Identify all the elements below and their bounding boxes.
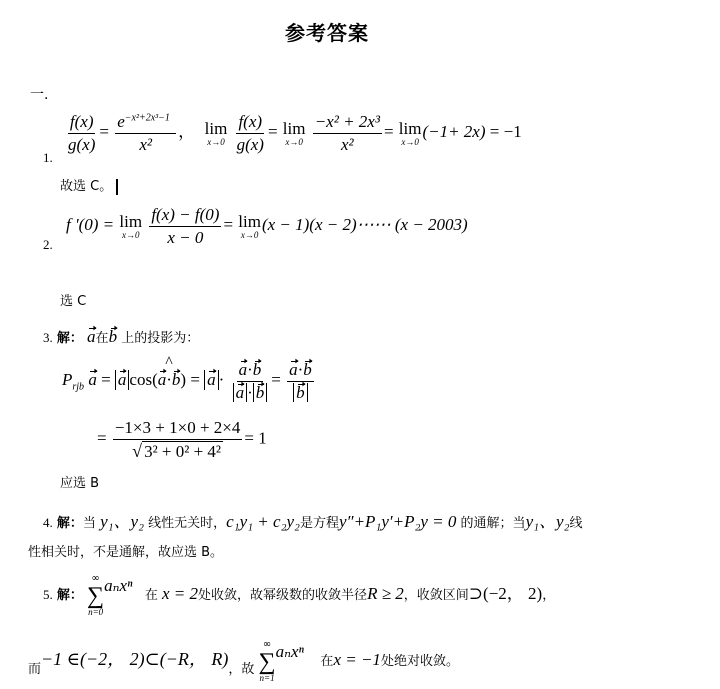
q3-intro: 3. 解： a在b 上的投影为：	[43, 327, 199, 347]
section-label: 一.	[30, 84, 48, 104]
q2-lim-1: limx→0	[119, 213, 142, 240]
q2-frac: f(x) − f(0) x − 0	[149, 205, 221, 247]
q3-frac-3: −1×3 + 1×0 + 2×4 √3² + 0² + 4²	[113, 418, 243, 461]
proj-sub: rjb	[72, 381, 84, 392]
q5-interval: ⊃(−2， 2)	[469, 584, 542, 603]
q1-answer: 故选 C。	[60, 175, 118, 195]
q4-line2: 性相关时，不是通解，故应选 B。	[28, 541, 223, 560]
q2-formula: f '(0) = limx→0 f(x) − f(0) x − 0 = limx…	[66, 205, 468, 247]
q5-cond2: x = −1	[333, 650, 381, 669]
q1-exp-power: −x²+2x³−1	[125, 112, 170, 123]
q5-series-2: ∞∑n=1	[258, 640, 275, 683]
q1-exp-base: e	[117, 112, 125, 131]
q1-exp-den: x²	[137, 134, 154, 155]
q3-answer: 应选 B	[60, 472, 99, 491]
q1-frac-fg2: f(x) g(x)	[235, 112, 266, 154]
q1-frac-poly: −x² + 2x³ x²	[313, 112, 382, 154]
q4-label: 解：	[57, 516, 83, 531]
q5-label: 解：	[57, 588, 83, 603]
proj-symbol: P	[62, 370, 72, 389]
q1-lim-1: limx→0	[205, 120, 228, 147]
q1-result: = −1	[490, 122, 522, 141]
q1-step2: (−1+ 2x)	[422, 122, 485, 141]
q3-formula-line2: = −1×3 + 1×0 + 2×4 √3² + 0² + 4² = 1	[97, 418, 267, 461]
q1-frac-fg: f(x) g(x)	[66, 112, 97, 154]
q2-lhs: f '(0) =	[66, 215, 114, 234]
page-title: 参考答案	[285, 17, 369, 46]
vector-b: b	[109, 327, 118, 347]
q1-frac-den: g(x)	[66, 134, 97, 155]
q1-answer-text: 故选 C。	[60, 179, 112, 194]
q1-number: 1.	[43, 150, 53, 166]
q1-sep: ，	[178, 122, 195, 141]
q4-number: 4.	[43, 515, 53, 530]
q1-frac-num: f(x)	[68, 112, 96, 134]
q5-cond1: x = 2	[162, 584, 198, 603]
q1-lim-3: limx→0	[399, 120, 422, 147]
q3-label: 解：	[57, 331, 83, 346]
q3-intro-mid: 在	[96, 331, 109, 346]
q3-number: 3.	[43, 330, 53, 345]
q5-radius: R ≥ 2	[367, 584, 404, 603]
q5-membership: −1 ∈(−2， 2)⊂(−R， R)	[41, 649, 228, 669]
q1-formula: f(x) g(x) = e−x²+2x³−1 x² ， limx→0 f(x) …	[64, 112, 522, 154]
q4-line1: 4. 解：当 y₁、y₂ 线性无关时，c₁y₁ + c₂y₂是方程y″+P₁y′…	[43, 507, 583, 532]
q5-number: 5.	[43, 587, 53, 602]
q1-lim-2: limx→0	[283, 120, 306, 147]
q4-y1y2: y₁、y₂	[100, 512, 144, 531]
q3-frac-2: a·b b	[287, 360, 314, 402]
vector-a: a	[87, 327, 96, 347]
text-cursor	[116, 179, 118, 195]
q3-frac-1: a·b a·b	[231, 360, 270, 402]
sqrt-radicand: 3² + 0² + 4²	[142, 441, 223, 462]
q2-lim-2: limx→0	[238, 213, 261, 240]
q1-frac-exp: e−x²+2x³−1 x²	[115, 112, 176, 154]
q3-formula-line1: Prjb a = acos(^a·b) = a· a·b a·b = a·b b	[62, 360, 316, 402]
q2-number: 2.	[43, 237, 53, 253]
q2-rhs: (x − 1)(x − 2)⋯⋯ (x − 2003)	[262, 215, 468, 234]
q3-result: = 1	[244, 429, 266, 448]
q2-answer: 选 C	[60, 290, 86, 309]
q5-line2: 而−1 ∈(−2， 2)⊂(−R， R)，故 ∞∑n=1aₙxⁿ 在x = −1…	[28, 640, 459, 683]
q5-line1: 5. 解： ∞∑n=0aₙxⁿ 在 x = 2处收敛，故幂级数的收敛半径R ≥ …	[43, 574, 555, 617]
q3-intro-tail: 上的投影为：	[121, 331, 199, 346]
q4-equation: y″+P₁y′+P₂y = 0	[339, 512, 456, 531]
q5-series-1: ∞∑n=0	[87, 574, 104, 617]
q4-combo: c₁y₁ + c₂y₂	[226, 512, 300, 531]
